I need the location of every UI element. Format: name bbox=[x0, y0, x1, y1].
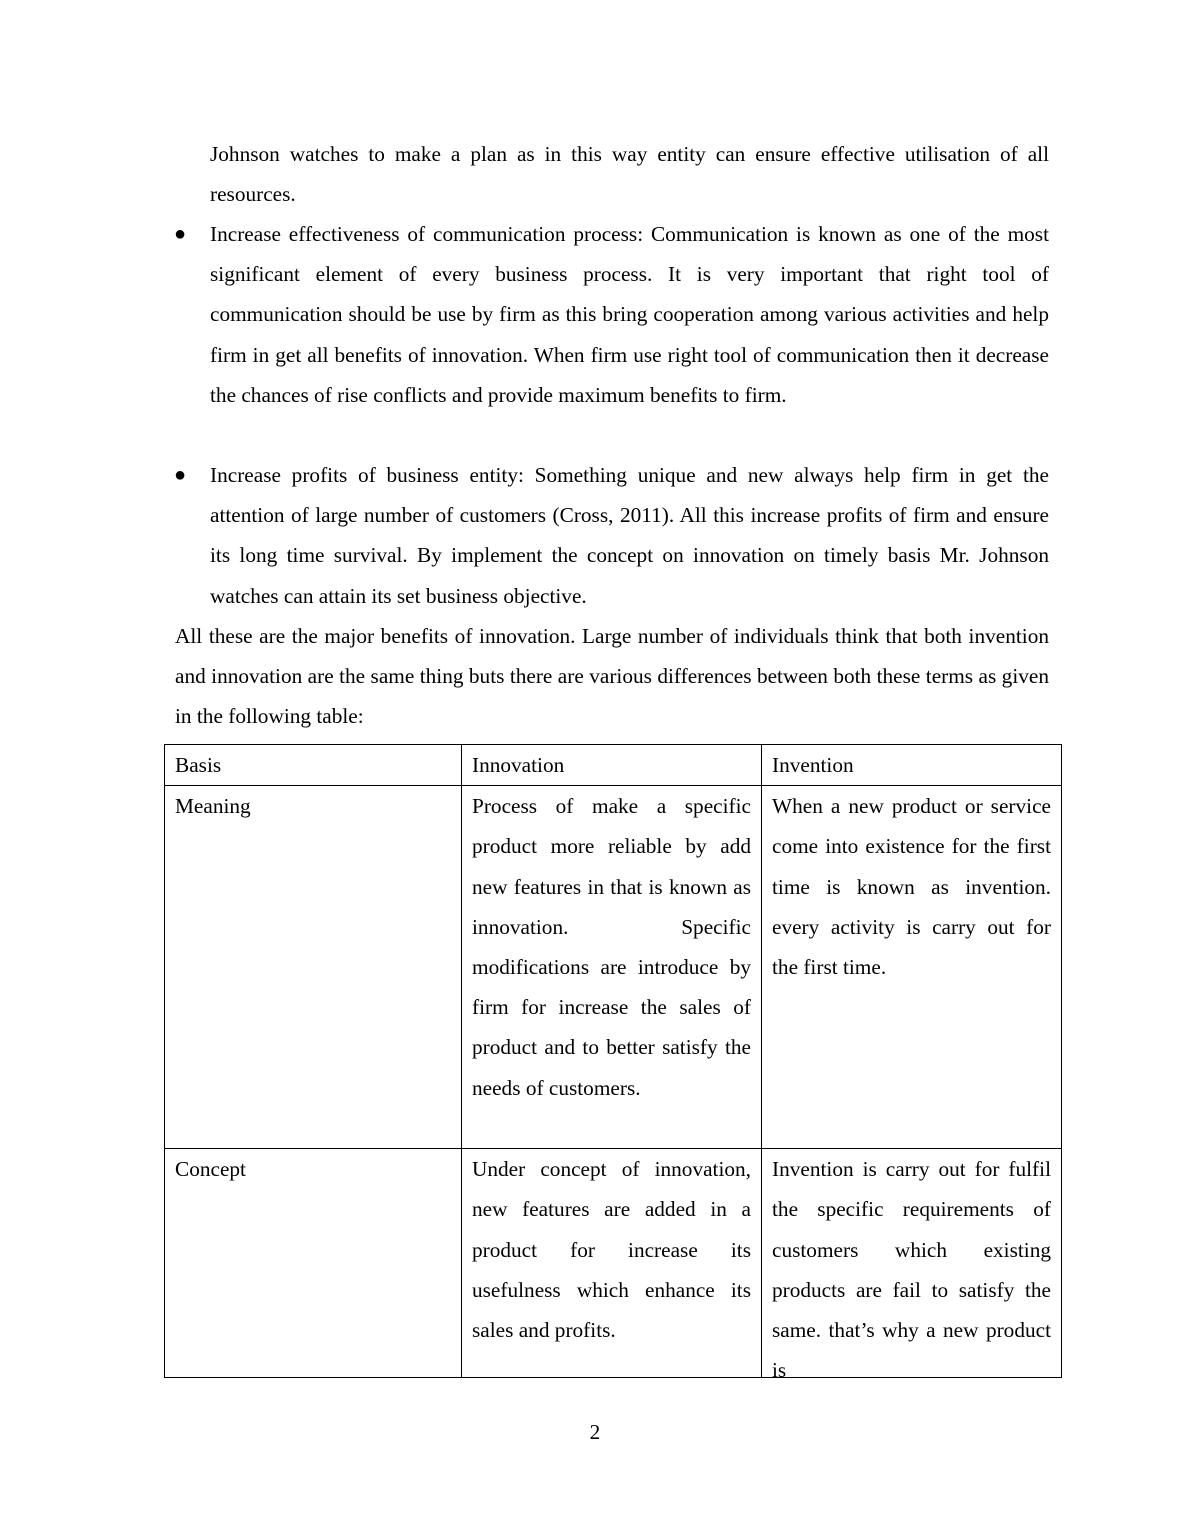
cell-basis: Concept bbox=[165, 1149, 462, 1378]
table-row: Meaning Process of make a specific produ… bbox=[165, 786, 1062, 1149]
cell-innovation: Process of make a specific product more … bbox=[462, 786, 762, 1149]
cell-innovation-text: Under concept of innovation, new feature… bbox=[472, 1149, 751, 1377]
bullet-dot-icon: ● bbox=[174, 455, 186, 495]
intro-paragraph: All these are the major benefits of inno… bbox=[175, 616, 1049, 737]
cell-invention: When a new product or service come into … bbox=[762, 786, 1062, 1149]
cell-basis-text: Concept bbox=[175, 1149, 451, 1377]
bullet-item-profits: Increase profits of business entity: Som… bbox=[210, 455, 1049, 616]
comparison-table: Basis Innovation Invention Meaning Proce… bbox=[164, 744, 1062, 1378]
table-header-row: Basis Innovation Invention bbox=[165, 745, 1062, 786]
cell-invention: Invention is carry out for fulfil the sp… bbox=[762, 1149, 1062, 1378]
header-basis: Basis bbox=[165, 745, 462, 786]
cell-innovation: Under concept of innovation, new feature… bbox=[462, 1149, 762, 1378]
header-invention: Invention bbox=[762, 745, 1062, 786]
header-innovation: Innovation bbox=[462, 745, 762, 786]
bullet-dot-icon: ● bbox=[174, 214, 186, 254]
cell-basis: Meaning bbox=[165, 786, 462, 1149]
table-row: Concept Under concept of innovation, new… bbox=[165, 1149, 1062, 1378]
page-number: 2 bbox=[0, 1412, 1190, 1452]
cell-invention-text: Invention is carry out for fulfil the sp… bbox=[772, 1149, 1051, 1377]
bullet-item-communication: Increase effectiveness of communication … bbox=[210, 214, 1049, 415]
continuation-paragraph: Johnson watches to make a plan as in thi… bbox=[210, 134, 1049, 214]
document-page: Johnson watches to make a plan as in thi… bbox=[0, 0, 1190, 1540]
